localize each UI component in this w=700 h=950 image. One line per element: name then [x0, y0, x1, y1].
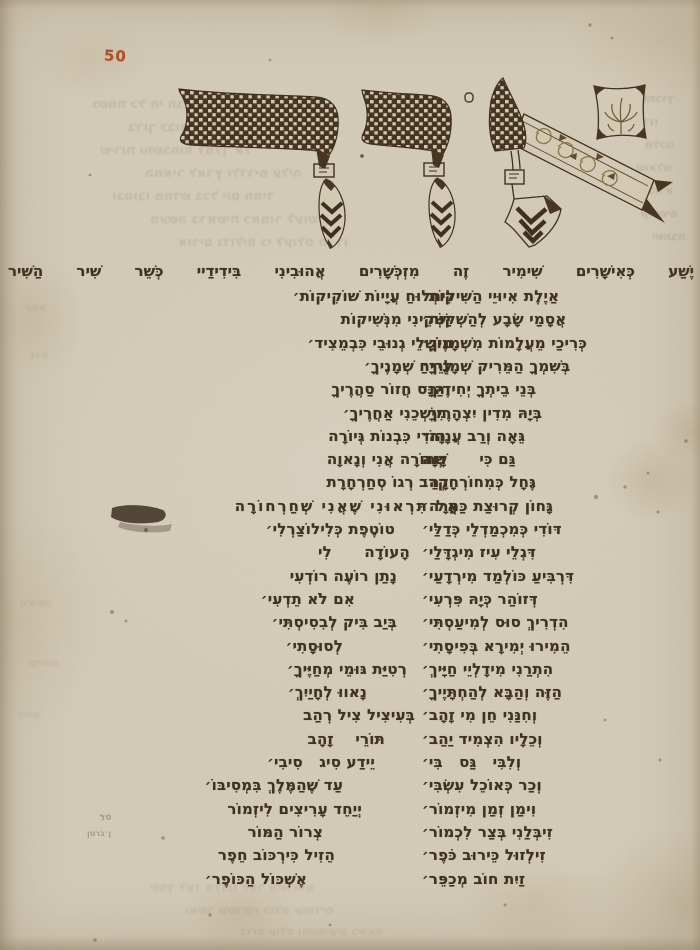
- verse-line-left: שְׁחוֹרָה אֲנִי וְנָאוָה: [327, 450, 447, 468]
- verse-line-left: אַל תִּרְאוּנִי שֶׁאֲנִי שְׁחַרְחוֹרָה: [235, 497, 460, 515]
- verse-line-left: לְרֵיחַ שְׁמָנֶיךָ׳: [364, 357, 453, 375]
- verse-line-right: זִילְזוּל כֵּירוּב כֹּפֶר׳: [422, 846, 546, 864]
- verse-line-left: לְסוּסָתִי׳: [286, 637, 343, 655]
- verse-line-right: זַיִת חוֹב מְכַפֵּר׳: [422, 870, 525, 888]
- verse-line-right: וְכֵלָיו הִצְמִיד יַהַב׳: [422, 730, 543, 748]
- verse-line-left: טוֹטֶפֶת כְּלִילוֹצַרְלִי׳: [266, 520, 395, 538]
- verse-line-right: וִימַן זְמַן מִיזְמוֹר׳: [422, 800, 536, 818]
- verse-line-left: יְיַחֵד עָרִיצִים לִיזְמוֹר: [227, 800, 362, 818]
- text-block: יֶשַׁע כְּאִישָׁרִים שִׁימִיר זֶה מִזְכְ…: [0, 0, 700, 950]
- verse-line-left: מִישְׁכֵנִי אַחֲרֶיךָ׳: [343, 404, 447, 422]
- verse-line-left: הוֹדִי כִּבְנוֹת גְּיוֹרָה: [328, 427, 446, 445]
- verse-line-right: הִדְרִיךְ סוּס לְמִיעַסְתִּי׳: [422, 613, 569, 631]
- verse-line-right: הֵמִירוּ יְמִירָא בְּפִיסָתִי׳: [422, 637, 571, 655]
- verse-line-right: וְחִנַּנִי חֵן מִי זָהָב׳: [422, 706, 537, 724]
- verse-line-right: וְכַר כְּאוֹכֵל עִשְׂבִּי׳: [422, 776, 542, 794]
- verse-line-left: אֶשְׁכּוֹל הַכּוֹפֶר׳: [205, 870, 307, 888]
- verse-line-left: בְּעִיצִיל צִיל רְהַב: [303, 706, 415, 724]
- verse-line-left: מוֹשְׁלֵי גְנוּבֵי כִּבְמֵצִיד׳: [307, 334, 453, 352]
- verse-line-left: הַנֵּס חֲזוֹר סַהֲרֶיךָ: [331, 380, 445, 398]
- verse-line-right: דִּגְלֵי עִיז מִיגְדָּלַי׳: [422, 543, 536, 561]
- opening-verse-line: יֶשַׁע כְּאִישָׁרִים שִׁימִיר זֶה מִזְכְ…: [8, 262, 694, 280]
- verse-line-left: הֵזִיל כִּירְכּוֹב חֵפֶר: [218, 846, 335, 864]
- verse-line-left: בְּיַב בִּיק לְבִסִיסְתִּי׳: [272, 613, 397, 631]
- manuscript-page: נשמת כל חי תברך את שמךברוך כבוד מלכותו ל…: [0, 0, 700, 950]
- verse-line-left: יַשְׁקֵינִי מִנְּשִׁיקוֹת: [341, 310, 451, 328]
- verse-line-left: תּוֹרֵי זָהָב: [308, 730, 385, 748]
- verse-line-left: הָעוֹדָה לִי: [318, 543, 410, 561]
- verse-line-left: רְטִיַּת גּוּמֵי מְחַיֶּיךָ׳: [287, 660, 407, 678]
- verse-line-left: נָתַן רוֹעֶה רוֹדְעִי: [290, 567, 397, 585]
- verse-line-left: צְרוֹר הַמּוֹר: [248, 823, 323, 841]
- verse-line-left: קְרַב רְגוֹ סְחַרְחָרָת: [327, 473, 449, 491]
- verse-line-right: זִיבְּלַנִי בְּצַר לִכְמוֹר׳: [422, 823, 553, 841]
- verse-line-right: הַזֶּה וְהַבָּא לְהַחְתָּיֶיךָ׳: [422, 683, 562, 701]
- verse-line-right: וְלִבִּי גַּס בִּי׳: [422, 753, 521, 771]
- verse-line-right: הִתְרַנִי מִידָלְיֵי חַיָּיךְ׳: [422, 660, 553, 678]
- verse-line-right: דִּרְבִּיעַ כּוֹלְמַד מִירְדָעַי׳: [422, 567, 574, 585]
- verse-line-left: לִיחְלוּחַ עֲיָיוֹת שׁוֹקִיקוֹת׳: [293, 287, 455, 305]
- verse-line-left: נָאווּ לְחָיַיִךְ׳: [288, 683, 367, 701]
- verse-line-left: עַד שֶׁהַמֶּלֶךְ בִּמְסִיבּוֹ׳: [205, 776, 343, 794]
- verse-line-right: דּוֹדִי כְּמִכְמַדְלֵי כְּדַלַּי׳: [422, 520, 562, 538]
- folio-number: 50: [104, 46, 128, 65]
- verse-line-left: יֵידַע סִיג סִיבִי׳: [267, 753, 375, 771]
- verse-line-right: דְּזוֹהַר כְּיָהּ פִּרְעִי׳: [422, 590, 538, 608]
- verse-line-left: אִם לֹא תֵדְעִי׳: [261, 590, 355, 608]
